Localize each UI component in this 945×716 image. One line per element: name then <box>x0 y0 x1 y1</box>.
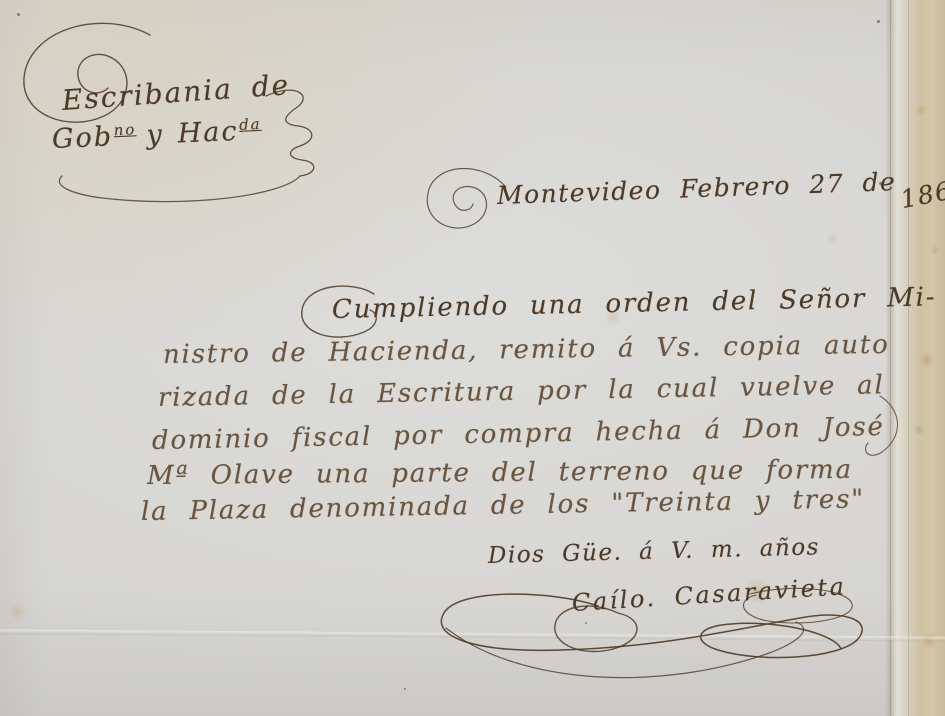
foxing-stain <box>826 232 840 244</box>
letterhead-gob-superscript: no <box>113 120 136 139</box>
body-line-6: la Plaza denominada de los "Treinta y tr… <box>141 484 866 527</box>
body-line-1: Cumpliendo una orden del Señor Mi- <box>332 282 937 325</box>
letterhead-hac-abbrev: Hac <box>177 116 239 150</box>
ink-speck <box>585 622 587 624</box>
letterhead-gob-abbrev: Gob <box>51 121 113 155</box>
dateline-place-date: Montevideo Febrero 27 de <box>496 167 896 210</box>
letterhead-line1: Escribania de <box>61 68 291 117</box>
dateline-spiral-flourish <box>427 168 506 228</box>
body-line-4: dominio fiscal por compra hecha á Don Jo… <box>152 412 885 456</box>
signature: Caílo. Casaravieta <box>571 572 847 617</box>
body-line-3: rizada de la Escritura por la cual vuelv… <box>158 370 885 413</box>
manuscript-page: Escribania de GobnoyHacda Montevideo Feb… <box>0 0 945 716</box>
letterhead-hac-superscript: da <box>239 115 262 134</box>
signature-rubric <box>446 622 804 678</box>
page-edge-fold-line <box>908 0 909 716</box>
dateline: Montevideo Febrero 27 de1862— <box>496 164 945 210</box>
page-edge <box>885 0 945 716</box>
letterhead-curl-flourish <box>266 90 314 176</box>
fold-crease <box>0 629 945 641</box>
letterhead-line2: GobnoyHacda <box>51 115 262 155</box>
ink-speck <box>877 20 880 23</box>
ink-speck <box>17 13 20 16</box>
foxing-stain <box>8 604 26 620</box>
letterhead-conjunction: y <box>146 119 165 151</box>
closing-formula: Dios Güe. á V. m. años <box>488 534 821 569</box>
body-line-2: nistro de Hacienda, remito á Vs. copia a… <box>163 330 890 370</box>
letterhead-underline-flourish <box>59 176 300 202</box>
ink-speck <box>404 688 406 690</box>
page-edge-fold-line <box>890 0 891 716</box>
